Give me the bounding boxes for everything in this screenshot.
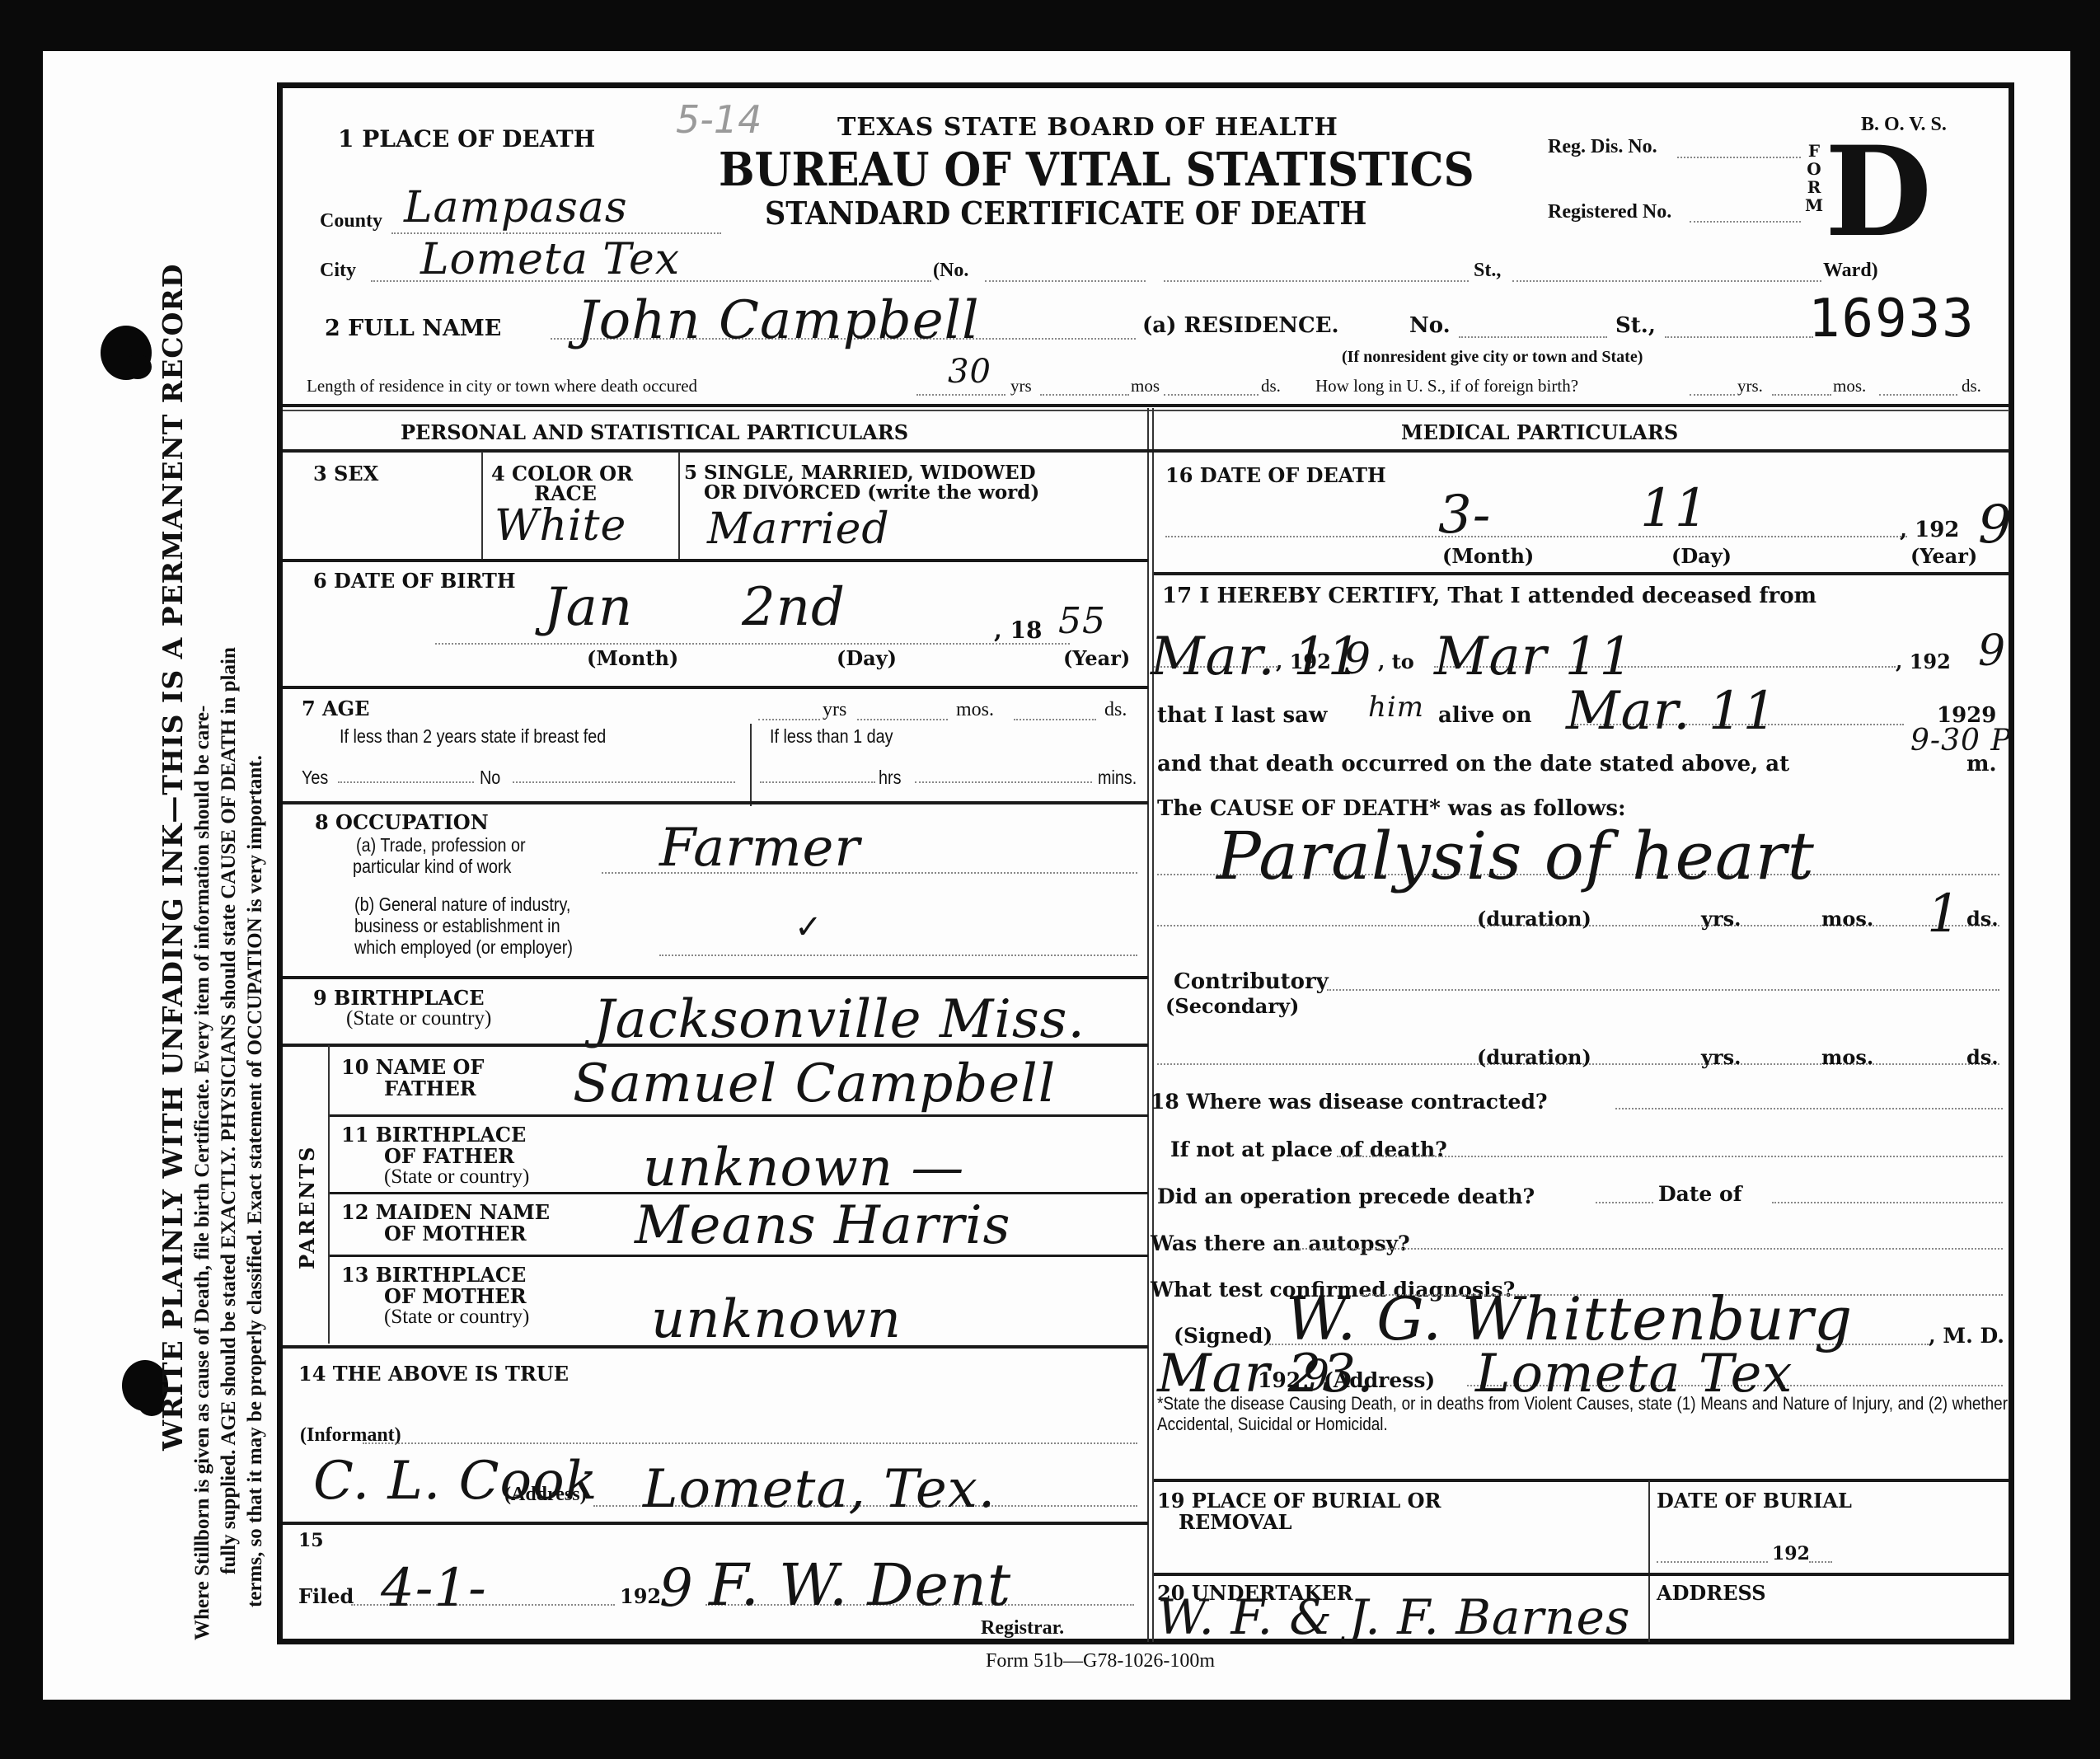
dod-year-caption: (Year) [1910, 544, 1977, 568]
father-value[interactable]: Samuel Campbell [573, 1053, 1056, 1114]
burial-date-field[interactable] [1657, 1561, 1768, 1563]
color-marital-divider [678, 452, 680, 559]
us-ds-field[interactable] [1879, 394, 1957, 396]
father-bp-label-1: 11 BIRTHPLACE [341, 1123, 526, 1147]
father-bp-label-2: OF FATHER [384, 1144, 514, 1168]
sign-year-prefix: 192 [1258, 1368, 1301, 1392]
us-ds-label: ds. [1962, 376, 1981, 396]
dod-month[interactable]: 3- [1438, 485, 1491, 546]
cause-mos-label: mos. [1821, 907, 1873, 931]
margin-line-3: fully supplied. AGE should be stated EXA… [216, 107, 242, 1640]
contributory-yrs-label: yrs. [1701, 1045, 1741, 1069]
occ-b-line1: (b) General nature of industry, [354, 894, 570, 916]
informant-address-label: (Address) [504, 1484, 587, 1506]
to-label: , to [1378, 650, 1414, 673]
filed-year-prefix: 192 [620, 1584, 661, 1608]
row-divider-dob [283, 559, 1148, 562]
above-true-label: 14 THE ABOVE IS TRUE [298, 1362, 569, 1386]
row-divider-burial [1154, 1479, 2009, 1482]
medical-section-title: MEDICAL PARTICULARS [1401, 420, 1678, 444]
us-mos-field[interactable] [1772, 394, 1831, 396]
autopsy-field[interactable] [1299, 1248, 2003, 1250]
personal-section-title: PERSONAL AND STATISTICAL PARTICULARS [401, 420, 908, 444]
filed-date[interactable]: 4-1- [381, 1558, 487, 1619]
dob-day-caption: (Day) [837, 646, 897, 670]
punch-hole-top-2 [124, 354, 152, 379]
age-yrs-field[interactable] [758, 719, 820, 720]
contributory-mos-label: mos. [1821, 1045, 1873, 1069]
occupation-label: 8 OCCUPATION [315, 810, 489, 834]
breast-fed-note: If less than 2 years state if breast fed [340, 725, 606, 748]
length-ds-label: ds. [1261, 376, 1281, 396]
dob-year[interactable]: 55 [1058, 600, 1106, 642]
contributory-label: Contributory [1174, 969, 1329, 994]
death-time-suffix: m. [1966, 752, 1997, 776]
mother-value[interactable]: Means Harris [635, 1195, 1010, 1256]
father-label-2: FATHER [384, 1077, 476, 1100]
hrs-label: hrs [879, 767, 901, 789]
city-street-field[interactable] [1164, 280, 1469, 282]
county-line [391, 232, 721, 234]
date-of-label: Date of [1658, 1182, 1741, 1206]
length-yrs-label: yrs [1010, 376, 1032, 396]
autopsy-label: Was there an autopsy? [1151, 1231, 1410, 1255]
row-divider-occupation [283, 801, 1148, 804]
cause-ds-label: ds. [1966, 907, 1999, 931]
md-label: , M. D. [1929, 1324, 2004, 1348]
marital-label-1: 5 SINGLE, MARRIED, WIDOWED [684, 462, 1036, 484]
margin-line-2: Where Stillborn is given as cause of Dea… [190, 107, 216, 1640]
row-divider-undertaker [1154, 1573, 2009, 1576]
length-mos-field[interactable] [1040, 394, 1129, 396]
dob-line [435, 643, 1070, 645]
parents-divider [328, 1045, 330, 1344]
margin-line-1: WRITE PLAINLY WITH UNFADING INK—THIS IS … [157, 107, 190, 1640]
from-year-value[interactable]: 9 [1343, 635, 1371, 684]
marital-value[interactable]: Married [707, 504, 890, 554]
center-divider-left [1147, 408, 1149, 1642]
row-divider-father [283, 1044, 1148, 1047]
yes-label: Yes [302, 767, 328, 789]
place-of-death-label: 1 PLACE OF DEATH [338, 125, 595, 152]
length-yrs-line [916, 394, 1005, 396]
from-year-prefix: , 192 [1276, 650, 1331, 673]
breast-fed-no-field[interactable] [513, 781, 735, 783]
pencil-note: 5-14 [676, 97, 762, 142]
last-saw-pronoun[interactable]: him [1368, 691, 1424, 724]
undertaker-address-label: ADDRESS [1657, 1581, 1766, 1605]
certificate-title: STANDARD CERTIFICATE OF DEATH [765, 195, 1366, 232]
us-yrs-field[interactable] [1690, 394, 1735, 396]
informant-line [363, 1442, 1137, 1444]
birthplace-label: 9 BIRTHPLACE [313, 986, 485, 1010]
center-divider-right [1152, 408, 1154, 1642]
dod-day-caption: (Day) [1671, 544, 1732, 568]
us-mos-label: mos. [1833, 376, 1866, 396]
burial-place-label-2: REMOVAL [1179, 1510, 1292, 1534]
occ-a-line2: particular kind of work [353, 856, 511, 878]
residence-no-field[interactable] [1459, 336, 1607, 338]
cause-duration-label: (duration) [1477, 907, 1591, 931]
reg-dis-field[interactable] [1677, 157, 1801, 158]
county-value[interactable]: Lampasas [404, 183, 628, 232]
no-label: No [480, 767, 500, 789]
age-mos-field[interactable] [857, 719, 948, 720]
occupation-value[interactable]: Farmer [659, 818, 860, 879]
operation-date-field[interactable] [1772, 1202, 2003, 1203]
sex-label: 3 SEX [313, 462, 378, 485]
age-yrs-label: yrs [823, 699, 846, 721]
form-footer: Form 51b—G78-1026-100m [986, 1650, 1215, 1672]
father-label-1: 10 NAME OF [341, 1055, 484, 1079]
us-residence-label: How long in U. S., if of foreign birth? [1315, 376, 1578, 396]
us-yrs-label: yrs. [1737, 376, 1763, 396]
board-title: TEXAS STATE BOARD OF HEALTH [837, 113, 1338, 142]
age-ds-field[interactable] [1014, 719, 1096, 720]
contributory-sub: (Secondary) [1165, 994, 1299, 1018]
contributory-line [1327, 989, 1999, 991]
dod-day[interactable]: 11 [1640, 478, 1709, 539]
contributory-duration-label: (duration) [1477, 1045, 1591, 1069]
filed-label: Filed [298, 1584, 354, 1608]
last-saw-label-2: alive on [1438, 703, 1532, 728]
dod-line [1165, 536, 1907, 537]
cause-value[interactable]: Paralysis of heart [1216, 818, 1815, 894]
registrar-signature[interactable]: F. W. Dent [709, 1551, 1011, 1619]
mother-label-1: 12 MAIDEN NAME [341, 1200, 550, 1224]
physician-address-label: (Address) [1324, 1368, 1435, 1392]
header-divider-2 [283, 410, 2009, 411]
breast-fed-yes-field[interactable] [338, 781, 474, 783]
mother-label-2: OF MOTHER [384, 1222, 527, 1245]
father-bp-value[interactable]: unknown — [643, 1137, 964, 1198]
sex-color-divider [481, 452, 483, 559]
operation-label: Did an operation precede death? [1157, 1184, 1535, 1208]
not-place-field[interactable] [1337, 1156, 2003, 1157]
row-divider-age [283, 686, 1148, 689]
city-value[interactable]: Lometa Tex [420, 235, 680, 284]
burial-place-label-1: 19 PLACE OF BURIAL OR [1157, 1489, 1441, 1513]
row-divider-mother-bp [330, 1255, 1148, 1257]
cause-ds-value[interactable]: 1 [1927, 884, 1962, 945]
mins-label: mins. [1098, 767, 1137, 789]
city-no-label: (No. [933, 260, 968, 282]
row-divider-birthplace [283, 976, 1148, 979]
dob-year-caption: (Year) [1063, 646, 1130, 670]
full-name-value[interactable]: John Campbell [577, 290, 980, 351]
birthplace-sub: (State or country) [346, 1007, 491, 1030]
parents-label: PARENTS [295, 1145, 319, 1269]
row-divider-certify [1154, 572, 2009, 575]
hrs-field[interactable] [760, 781, 875, 783]
operation-field[interactable] [1596, 1202, 1653, 1203]
row-divider-father-bp [330, 1114, 1148, 1117]
industry-value[interactable]: ✓ [795, 908, 823, 946]
to-year-prefix: , 192 [1896, 650, 1951, 673]
full-name-label: 2 FULL NAME [325, 316, 501, 341]
dob-month-caption: (Month) [587, 646, 678, 670]
header-divider [283, 404, 2009, 407]
age-label: 7 AGE [302, 697, 369, 720]
dob-label: 6 DATE OF BIRTH [313, 569, 516, 593]
mother-bp-label-2: OF MOTHER [384, 1284, 527, 1308]
length-ds-field[interactable] [1164, 394, 1259, 396]
residence-st-field[interactable] [1665, 336, 1813, 338]
attended-to-value[interactable]: Mar 11 [1434, 626, 1634, 687]
age-mos-label: mos. [956, 699, 994, 721]
margin-line-4: terms, so that it may be properly classi… [242, 107, 269, 1640]
cause-footnote: *State the disease Causing Death, or in … [1157, 1393, 2008, 1434]
mother-bp-label-1: 13 BIRTHPLACE [341, 1263, 526, 1287]
cause-yrs-label: yrs. [1701, 907, 1741, 931]
city-label: City [320, 260, 356, 282]
row-divider-mother [330, 1192, 1148, 1194]
age-ds-label: ds. [1104, 699, 1127, 721]
one-day-note: If less than 1 day [770, 725, 893, 748]
last-saw-value[interactable]: Mar. 11 [1566, 681, 1777, 742]
contracted-field[interactable] [1615, 1108, 2003, 1109]
reg-dis-label: Reg. Dis. No. [1548, 136, 1657, 158]
dod-label: 16 DATE OF DEATH [1165, 463, 1386, 487]
birthplace-value[interactable]: Jacksonville Miss. [593, 989, 1085, 1050]
burial-year-field[interactable] [1809, 1561, 1832, 1563]
city-st-label: St., [1474, 260, 1501, 282]
dod-month-caption: (Month) [1442, 544, 1534, 568]
filed-year[interactable]: 9 [659, 1558, 694, 1619]
burial-year-prefix: 192 [1772, 1543, 1810, 1564]
certify-label: 17 I HEREBY CERTIFY, That I attended dec… [1162, 584, 1816, 608]
row-divider-filed [283, 1522, 1148, 1525]
informant-address-value[interactable]: Lometa, Tex. [643, 1459, 996, 1520]
filed-number: 15 [298, 1530, 324, 1551]
mother-bp-value[interactable]: unknown [651, 1289, 902, 1350]
residence-label: (a) RESIDENCE. [1142, 313, 1339, 338]
undertaker-value[interactable]: W. F. & J. F. Barnes [1157, 1589, 1631, 1645]
contracted-label: 18 Where was disease contracted? [1151, 1090, 1548, 1114]
section-title-divider [283, 449, 2009, 453]
to-year-value[interactable]: 9 [1978, 626, 2006, 676]
burial-date-label: DATE OF BURIAL [1657, 1489, 1852, 1513]
dod-year[interactable]: 9 [1978, 495, 2013, 556]
color-value[interactable]: White [495, 501, 626, 551]
marital-label-2: OR DIVORCED (write the word) [704, 481, 1039, 504]
length-mos-label: mos [1131, 376, 1160, 396]
dod-year-prefix: , 192 [1900, 518, 1959, 542]
form-d-code: D [1825, 130, 1932, 254]
registered-no-field[interactable] [1690, 221, 1801, 223]
age-divider [750, 724, 752, 806]
ward-label: Ward) [1823, 260, 1878, 282]
registrar-label: Registrar. [981, 1617, 1064, 1639]
length-yrs-value[interactable]: 30 [948, 353, 991, 391]
nonresident-note: (If nonresident give city or town and St… [1342, 348, 1643, 367]
father-bp-label-3: (State or country) [384, 1166, 529, 1189]
residence-no-label: No. [1409, 313, 1451, 338]
mother-bp-label-3: (State or country) [384, 1306, 529, 1329]
occ-b-line3: which employed (or employer) [354, 936, 573, 959]
dob-month[interactable]: Jan [544, 577, 633, 638]
occ-a-line1: (a) Trade, profession or [356, 834, 526, 856]
form-vertical: F O R M [1805, 142, 1823, 214]
margin-instructions: WRITE PLAINLY WITH UNFADING INK—THIS IS … [157, 107, 297, 1640]
not-place-label: If not at place of death? [1170, 1137, 1447, 1161]
row-divider-true [283, 1345, 1148, 1349]
ward-field[interactable] [1512, 280, 1821, 282]
certificate-number: 16933 [1808, 288, 1976, 349]
dob-year-prefix: , 18 [994, 617, 1042, 644]
burial-divider [1648, 1480, 1650, 1642]
registered-no-label: Registered No. [1548, 201, 1671, 223]
occ-b-line2: business or establishment in [354, 915, 560, 937]
industry-line [659, 955, 1137, 956]
bureau-title: BUREAU OF VITAL STATISTICS [719, 143, 1474, 197]
contributory-ds-label: ds. [1966, 1045, 1999, 1069]
length-of-residence-label: Length of residence in city or town wher… [307, 376, 697, 396]
mins-field[interactable] [915, 781, 1092, 783]
death-time-label: and that death occurred on the date stat… [1157, 752, 1789, 776]
city-no-field[interactable] [985, 280, 1146, 282]
last-saw-label-1: that I last saw [1157, 703, 1327, 728]
county-label: County [320, 210, 382, 232]
residence-st-label: St., [1615, 313, 1656, 338]
dob-day[interactable]: 2nd [742, 577, 846, 638]
